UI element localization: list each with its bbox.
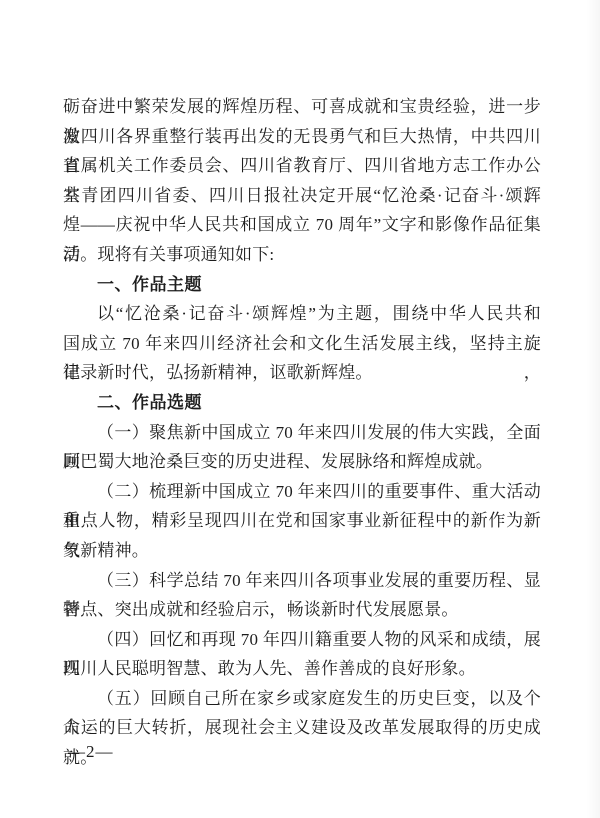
text-line: （五）回顾自己所在家乡或家庭发生的历史巨变，以及个人 (63, 684, 541, 714)
text-line: 动。现将有关事项通知如下: (63, 240, 541, 270)
document-page: 砺奋进中繁荣发展的辉煌历程、可喜成就和宝贵经验，进一步激发四川各界重整行装再出发… (0, 0, 600, 818)
text-line: 直属机关工作委员会、四川省教育厅、四川省地方志工作办公室、 (63, 151, 541, 181)
text-line: 国成立 70 年来四川经济社会和文化生活发展主线，坚持主旋律， (63, 329, 541, 359)
document-body: 砺奋进中繁荣发展的辉煌历程、可喜成就和宝贵经验，进一步激发四川各界重整行装再出发… (63, 92, 541, 743)
text-line: （一）聚焦新中国成立 70 年来四川发展的伟大实践，全面回 (63, 418, 541, 448)
text-line: 四川人民聪明智慧、敢为人先、善作善成的良好形象。 (63, 654, 541, 684)
text-line: 煌——庆祝中华人民共和国成立 70 周年”文字和影像作品征集活 (63, 210, 541, 240)
text-line: 命运的巨大转折，展现社会主义建设及改革发展取得的历史成就。 (63, 713, 541, 743)
text-line: （四）回忆和再现 70 年四川籍重要人物的风采和成绩，展现 (63, 625, 541, 655)
text-line: （二）梳理新中国成立 70 年来四川的重要事件、重大活动和 (63, 477, 541, 507)
text-line: 特点、突出成就和经验启示，畅谈新时代发展愿景。 (63, 595, 541, 625)
text-line: 重点人物，精彩呈现四川在党和国家事业新征程中的新作为新气 (63, 506, 541, 536)
text-line: （三）科学总结 70 年来四川各项事业发展的重要历程、显著 (63, 566, 541, 596)
text-line: 发四川各界重整行装再出发的无畏勇气和巨大热情，中共四川省 (63, 122, 541, 152)
text-line: 象新精神。 (63, 536, 541, 566)
page-number: —2— (68, 740, 114, 764)
section-heading: 一、作品主题 (63, 270, 541, 300)
text-line: 顾巴蜀大地沧桑巨变的历史进程、发展脉络和辉煌成就。 (63, 447, 541, 477)
text-line: 以“忆沧桑·记奋斗·颂辉煌”为主题，围绕中华人民共和 (63, 299, 541, 329)
text-line: 砺奋进中繁荣发展的辉煌历程、可喜成就和宝贵经验，进一步激 (63, 92, 541, 122)
section-heading: 二、作品选题 (63, 388, 541, 418)
text-line: 共青团四川省委、四川日报社决定开展“忆沧桑·记奋斗·颂辉 (63, 181, 541, 211)
